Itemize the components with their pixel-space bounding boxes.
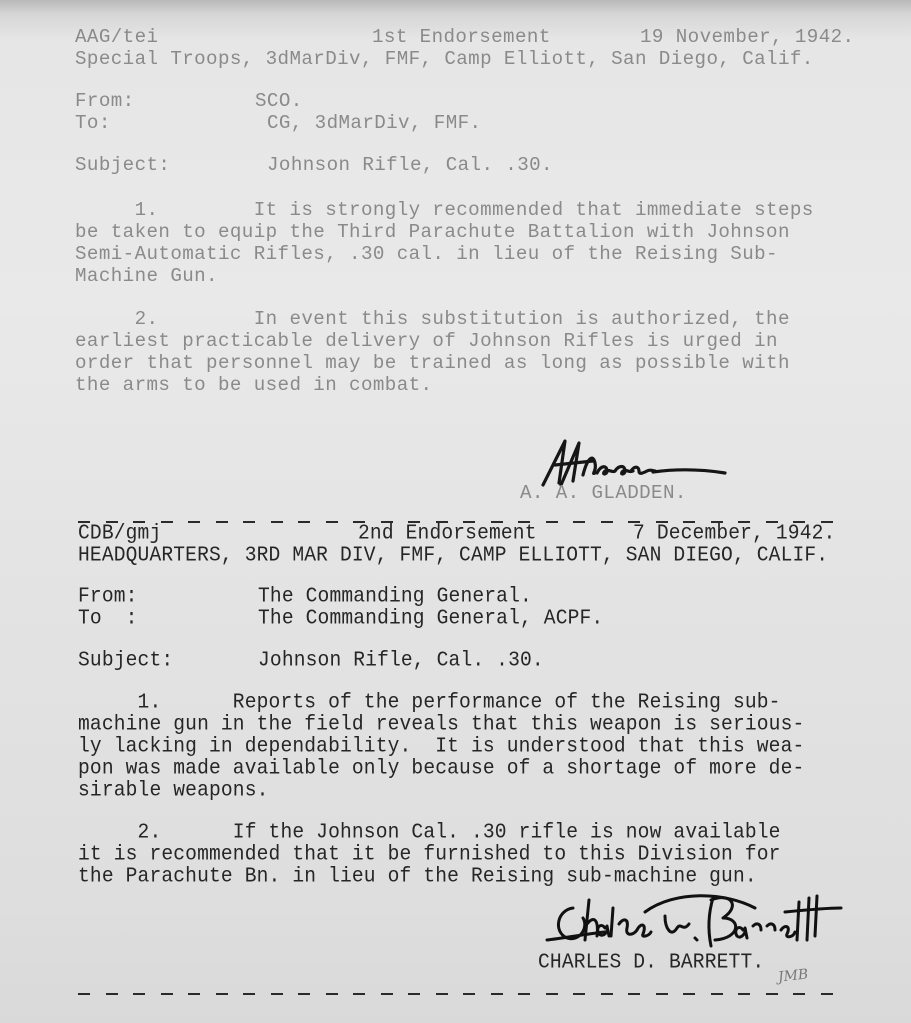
endorsement2-paragraph1-line: pon was made available only because of a… <box>78 756 804 780</box>
endorsement1-subject-label: Subject: <box>75 154 170 176</box>
endorsement2-paragraph1-line: machine gun in the field reveals that th… <box>78 712 804 736</box>
bottom-divider <box>78 985 848 988</box>
endorsement2-to-label: To : <box>78 606 138 630</box>
endorsement2-paragraph2-line: the Parachute Bn. in lieu of the Reising… <box>78 864 757 888</box>
endorsement2-paragraph2-line: it is recommended that it be furnished t… <box>78 842 781 866</box>
endorsement2-from-value: The Commanding General. <box>258 584 532 608</box>
endorsement1-date: 19 November, 1942. <box>640 26 854 48</box>
endorsement1-ref: AAG/tei <box>75 26 158 48</box>
bleed-through-text <box>260 400 627 419</box>
endorsement1-signature-name: A. A. GLADDEN. <box>520 482 687 504</box>
endorsement1-origin: Special Troops, 3dMarDiv, FMF, Camp Elli… <box>75 48 814 70</box>
endorsement1-to-label: To: <box>75 112 111 134</box>
endorsement1-paragraph1-line: Semi-Automatic Rifles, .30 cal. in lieu … <box>75 243 778 265</box>
typist-initials: JMB <box>777 966 809 985</box>
endorsement1-to-value: CG, 3dMarDiv, FMF. <box>267 112 481 134</box>
endorsement1-paragraph2-line: 2. In event this substitution is authori… <box>75 308 790 330</box>
endorsement-divider <box>78 513 848 516</box>
endorsement2-title: 2nd Endorsement <box>358 521 537 545</box>
endorsement2-paragraph1-line: ly lacking in dependability. It is under… <box>78 734 804 758</box>
endorsement2-origin: HEADQUARTERS, 3RD MAR DIV, FMF, CAMP ELL… <box>78 543 828 567</box>
endorsement1-from-label: From: <box>75 90 135 112</box>
endorsement1-subject-value: Johnson Rifle, Cal. .30. <box>267 154 553 176</box>
endorsement1-title: 1st Endorsement <box>372 26 551 48</box>
barrett-signature <box>545 888 845 958</box>
endorsement2-signature-name: CHARLES D. BARRETT. <box>538 950 764 974</box>
endorsement2-from-label: From: <box>78 584 138 608</box>
endorsement1-paragraph1-line: be taken to equip the Third Parachute Ba… <box>75 221 790 243</box>
endorsement1-paragraph2-line: earliest practicable delivery of Johnson… <box>75 330 778 352</box>
endorsement2-to-value: The Commanding General, ACPF. <box>258 606 603 630</box>
document-page: AAG/tei 1st Endorsement 19 November, 194… <box>0 0 911 1023</box>
endorsement1-paragraph2-line: order that personnel may be trained as l… <box>75 352 790 374</box>
endorsement1-paragraph1-line: 1. It is strongly recommended that immed… <box>75 199 814 221</box>
endorsement1-paragraph2-line: the arms to be used in combat. <box>75 374 432 396</box>
endorsement2-subject-value: Johnson Rifle, Cal. .30. <box>258 648 544 672</box>
endorsement1-paragraph1-line: Machine Gun. <box>75 265 218 287</box>
endorsement2-paragraph2-line: 2. If the Johnson Cal. .30 rifle is now … <box>78 820 781 844</box>
endorsement2-paragraph1-line: 1. Reports of the performance of the Rei… <box>78 690 781 714</box>
endorsement2-ref: CDB/gmj <box>78 521 161 545</box>
endorsement2-paragraph1-line: sirable weapons. <box>78 778 269 802</box>
endorsement1-from-value: SCO. <box>255 90 303 112</box>
endorsement2-date: 7 December, 1942. <box>633 521 835 545</box>
endorsement2-subject-label: Subject: <box>78 648 173 672</box>
